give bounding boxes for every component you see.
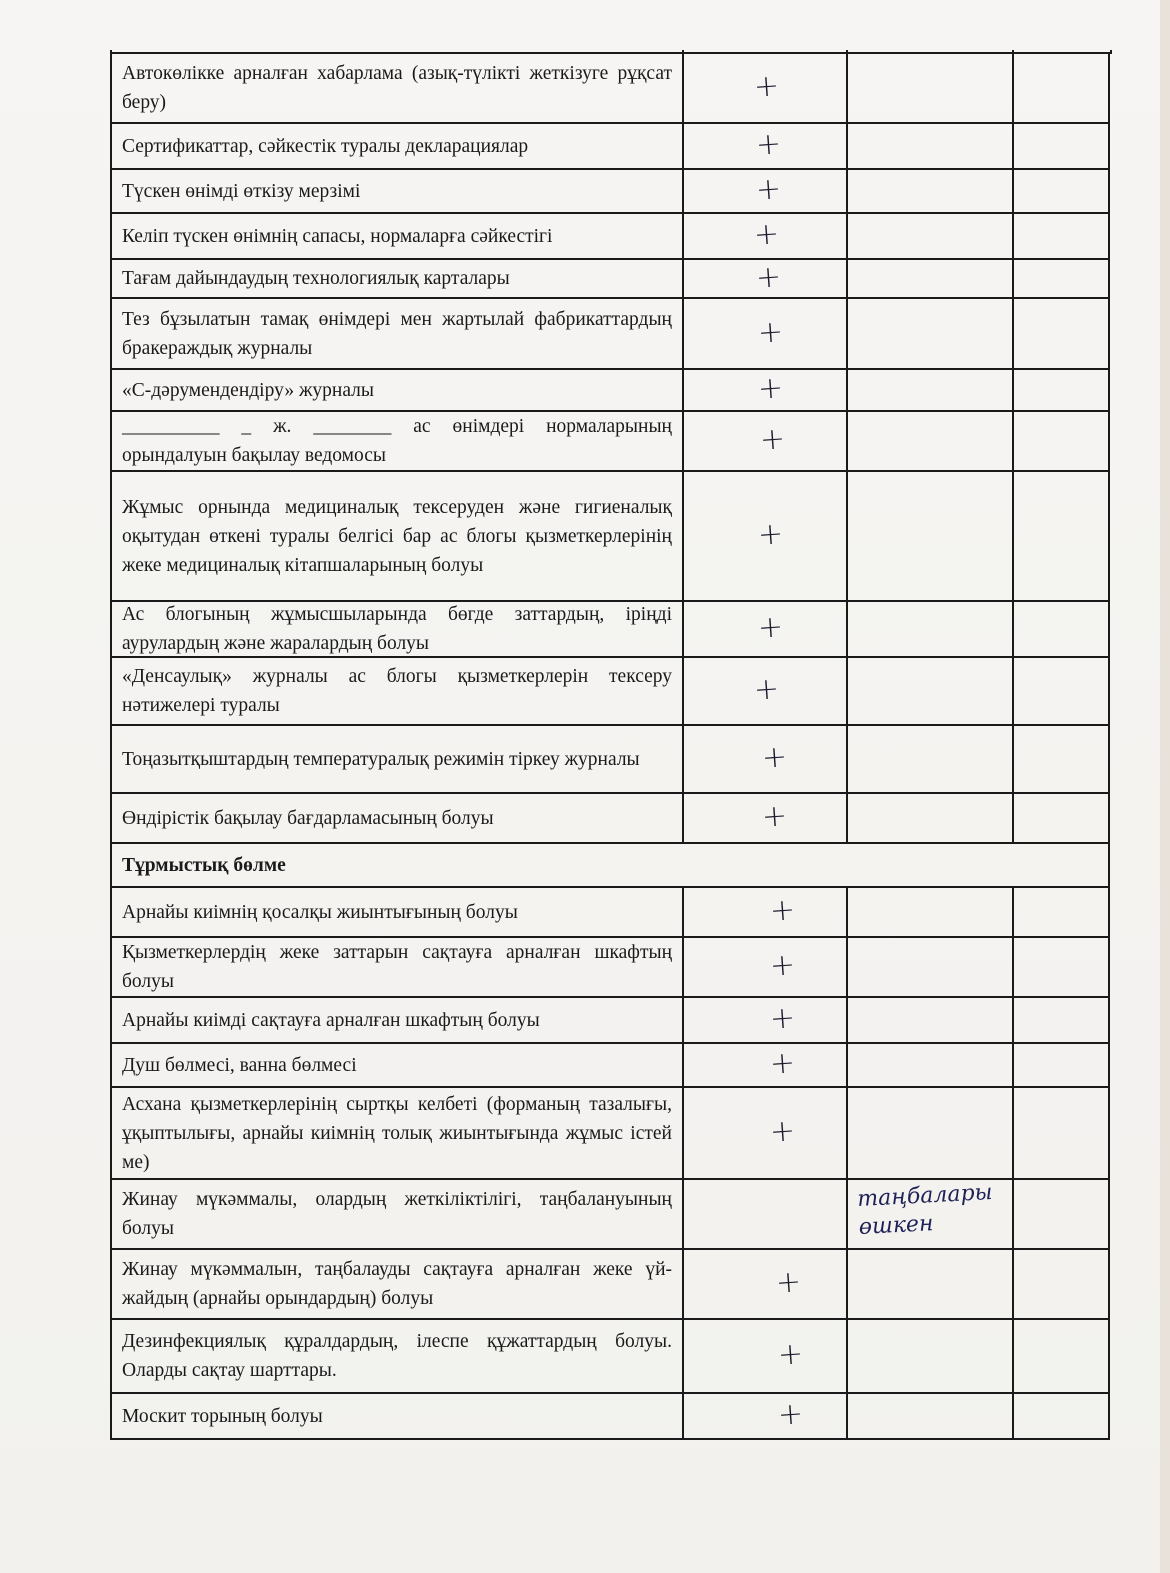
note-cell <box>1012 299 1110 368</box>
yes-cell: + <box>682 888 846 936</box>
no-cell <box>846 54 1012 122</box>
item-cell: Автокөлікке арналған хабарлама (азық-түл… <box>110 54 682 122</box>
column-line <box>1110 50 1112 54</box>
yes-cell: + <box>682 370 846 410</box>
item-text: Түскен өнімді өткізу мерзімі <box>122 177 672 206</box>
item-text: «Денсаулық» журналы ас блогы қызметкерле… <box>122 662 672 720</box>
no-cell <box>846 260 1012 297</box>
checklist-row: Келіп түскен өнімнің сапасы, нормаларға … <box>110 212 1110 258</box>
note-cell <box>1012 1180 1110 1248</box>
item-text: Жинау мүкәммалын, таңбалауды сақтауға ар… <box>122 1255 672 1313</box>
note-cell <box>1012 214 1110 258</box>
no-cell <box>846 124 1012 168</box>
checklist-row: Ас блогының жұмысшыларында бөгде заттард… <box>110 600 1110 656</box>
handwritten-plus-mark: + <box>755 129 782 161</box>
item-cell: Қызметкерлердің жеке заттарын сақтауға а… <box>110 938 682 996</box>
yes-cell: + <box>682 1320 846 1392</box>
column-line <box>846 50 848 54</box>
note-cell <box>1012 938 1110 996</box>
checklist-row: Душ бөлмесі, ванна бөлмесі+ <box>110 1042 1110 1086</box>
item-cell: Москит торының болуы <box>110 1394 682 1438</box>
no-cell <box>846 794 1012 842</box>
checklist-row: Тағам дайындаудың технологиялық карталар… <box>110 258 1110 297</box>
no-cell <box>846 412 1012 470</box>
column-line <box>110 50 112 54</box>
item-cell: «Денсаулық» журналы ас блогы қызметкерле… <box>110 658 682 724</box>
note-cell <box>1012 602 1110 656</box>
handwritten-plus-mark: + <box>769 1003 796 1035</box>
column-line <box>682 50 684 54</box>
checklist-row: Москит торының болуы+ <box>110 1392 1110 1440</box>
item-text: Жұмыс орнында медициналық тексеруден жән… <box>122 493 672 580</box>
note-cell <box>1012 794 1110 842</box>
checklist-row: Өндірістік бақылау бағдарламасының болуы… <box>110 792 1110 842</box>
no-cell <box>846 938 1012 996</box>
handwritten-plus-mark: + <box>757 519 784 551</box>
no-cell <box>846 1320 1012 1392</box>
no-cell <box>846 658 1012 724</box>
handwritten-plus-mark: + <box>757 373 784 405</box>
item-cell: Арнайы киімнің қосалқы жиынтығының болуы <box>110 888 682 936</box>
item-cell: Жинау мүкәммалы, олардың жеткіліктілігі,… <box>110 1180 682 1248</box>
note-cell <box>1012 1250 1110 1318</box>
handwritten-plus-mark: + <box>769 1048 796 1080</box>
handwritten-plus-mark: + <box>761 742 788 774</box>
item-cell: Тұрмыстық бөлме <box>110 844 1110 886</box>
yes-cell: + <box>682 938 846 996</box>
no-cell <box>846 888 1012 936</box>
item-cell: Тоңазытқыштардың температуралық режимін … <box>110 726 682 792</box>
note-cell <box>1012 412 1110 470</box>
yes-cell <box>682 1180 846 1248</box>
handwritten-plus-mark: + <box>753 219 780 251</box>
checklist-row: __________ _ ж. ________ ас өнімдері нор… <box>110 410 1110 470</box>
handwritten-plus-mark: + <box>777 1339 804 1371</box>
checklist-row: «С-дәрумендендіру» журналы+ <box>110 368 1110 410</box>
handwritten-plus-mark: + <box>777 1399 804 1431</box>
checklist-row: Жинау мүкәммалын, таңбалауды сақтауға ар… <box>110 1248 1110 1318</box>
item-text: Тағам дайындаудың технологиялық карталар… <box>122 264 672 293</box>
item-cell: Тағам дайындаудың технологиялық карталар… <box>110 260 682 297</box>
no-cell <box>846 726 1012 792</box>
checklist-row: «Денсаулық» журналы ас блогы қызметкерле… <box>110 656 1110 724</box>
item-text: «С-дәрумендендіру» журналы <box>122 376 672 405</box>
item-cell: Келіп түскен өнімнің сапасы, нормаларға … <box>110 214 682 258</box>
item-cell: Тез бұзылатын тамақ өнімдері мен жартыла… <box>110 299 682 368</box>
checklist-row: Тоңазытқыштардың температуралық режимін … <box>110 724 1110 792</box>
yes-cell: + <box>682 794 846 842</box>
item-text: Дезинфекциялық құралдардың, ілеспе құжат… <box>122 1327 672 1385</box>
handwritten-plus-mark: + <box>757 317 784 349</box>
checklist-row: Арнайы киімнің қосалқы жиынтығының болуы… <box>110 886 1110 936</box>
item-text: Қызметкерлердің жеке заттарын сақтауға а… <box>122 938 672 996</box>
item-text: __________ _ ж. ________ ас өнімдері нор… <box>122 412 672 470</box>
item-cell: Сертификаттар, сәйкестік туралы декларац… <box>110 124 682 168</box>
item-text: Москит торының болуы <box>122 1402 672 1431</box>
item-text: Жинау мүкәммалы, олардың жеткіліктілігі,… <box>122 1185 672 1243</box>
no-cell: таңбалары өшкен <box>846 1180 1012 1248</box>
item-cell: Жұмыс орнында медициналық тексеруден жән… <box>110 472 682 600</box>
checklist-row: Арнайы киімді сақтауға арналған шкафтың … <box>110 996 1110 1042</box>
note-cell <box>1012 1320 1110 1392</box>
item-cell: Жинау мүкәммалын, таңбалауды сақтауға ар… <box>110 1250 682 1318</box>
handwritten-plus-mark: + <box>757 612 784 644</box>
no-cell <box>846 1088 1012 1178</box>
note-cell <box>1012 260 1110 297</box>
note-cell <box>1012 54 1110 122</box>
handwritten-plus-mark: + <box>755 262 782 294</box>
yes-cell: + <box>682 214 846 258</box>
yes-cell: + <box>682 299 846 368</box>
item-cell: Ас блогының жұмысшыларында бөгде заттард… <box>110 602 682 656</box>
handwritten-plus-mark: + <box>753 71 780 103</box>
section-title: Тұрмыстық бөлме <box>122 851 1098 880</box>
note-cell <box>1012 370 1110 410</box>
item-cell: Түскен өнімді өткізу мерзімі <box>110 170 682 212</box>
yes-cell: + <box>682 658 846 724</box>
yes-cell: + <box>682 170 846 212</box>
checklist-row: Жұмыс орнында медициналық тексеруден жән… <box>110 470 1110 600</box>
item-text: Ас блогының жұмысшыларында бөгде заттард… <box>122 600 672 658</box>
no-cell <box>846 1394 1012 1438</box>
checklist-row: Түскен өнімді өткізу мерзімі+ <box>110 168 1110 212</box>
yes-cell: + <box>682 412 846 470</box>
no-cell <box>846 472 1012 600</box>
item-text: Өндірістік бақылау бағдарламасының болуы <box>122 804 672 833</box>
yes-cell: + <box>682 472 846 600</box>
item-text: Келіп түскен өнімнің сапасы, нормаларға … <box>122 222 672 251</box>
yes-cell: + <box>682 602 846 656</box>
no-cell <box>846 299 1012 368</box>
yes-cell: + <box>682 1088 846 1178</box>
column-line <box>1012 50 1014 54</box>
handwritten-note: таңбалары өшкен <box>857 1178 1014 1242</box>
yes-cell: + <box>682 54 846 122</box>
note-cell <box>1012 124 1110 168</box>
note-cell <box>1012 1088 1110 1178</box>
checklist-row: Асхана қызметкерлерінің сыртқы келбеті (… <box>110 1086 1110 1178</box>
handwritten-plus-mark: + <box>769 895 796 927</box>
note-cell <box>1012 726 1110 792</box>
yes-cell: + <box>682 998 846 1042</box>
handwritten-plus-mark: + <box>775 1267 802 1299</box>
yes-cell: + <box>682 124 846 168</box>
no-cell <box>846 1044 1012 1086</box>
handwritten-plus-mark: + <box>761 801 788 833</box>
handwritten-plus-mark: + <box>753 674 780 706</box>
handwritten-plus-mark: + <box>759 424 786 456</box>
item-cell: Душ бөлмесі, ванна бөлмесі <box>110 1044 682 1086</box>
page-edge <box>1160 0 1170 1573</box>
item-text: Тоңазытқыштардың температуралық режимін … <box>122 745 672 774</box>
note-cell <box>1012 472 1110 600</box>
handwritten-plus-mark: + <box>769 950 796 982</box>
handwritten-plus-mark: + <box>769 1116 796 1148</box>
no-cell <box>846 170 1012 212</box>
no-cell <box>846 998 1012 1042</box>
yes-cell: + <box>682 260 846 297</box>
item-text: Арнайы киімді сақтауға арналған шкафтың … <box>122 1006 672 1035</box>
item-cell: «С-дәрумендендіру» журналы <box>110 370 682 410</box>
yes-cell: + <box>682 726 846 792</box>
yes-cell: + <box>682 1044 846 1086</box>
item-text: Автокөлікке арналған хабарлама (азық-түл… <box>122 59 672 117</box>
note-cell <box>1012 888 1110 936</box>
item-text: Арнайы киімнің қосалқы жиынтығының болуы <box>122 898 672 927</box>
note-cell <box>1012 170 1110 212</box>
note-cell <box>1012 658 1110 724</box>
item-text: Душ бөлмесі, ванна бөлмесі <box>122 1051 672 1080</box>
yes-cell: + <box>682 1250 846 1318</box>
no-cell <box>846 214 1012 258</box>
checklist-row: Тез бұзылатын тамақ өнімдері мен жартыла… <box>110 297 1110 368</box>
handwritten-plus-mark: + <box>755 174 782 206</box>
checklist-row: Дезинфекциялық құралдардың, ілеспе құжат… <box>110 1318 1110 1392</box>
item-text: Тез бұзылатын тамақ өнімдері мен жартыла… <box>122 305 672 363</box>
item-cell: Дезинфекциялық құралдардың, ілеспе құжат… <box>110 1320 682 1392</box>
no-cell <box>846 602 1012 656</box>
checklist-row: Автокөлікке арналған хабарлама (азық-түл… <box>110 52 1110 122</box>
note-cell <box>1012 998 1110 1042</box>
item-cell: Өндірістік бақылау бағдарламасының болуы <box>110 794 682 842</box>
note-cell <box>1012 1394 1110 1438</box>
yes-cell: + <box>682 1394 846 1438</box>
item-text: Асхана қызметкерлерінің сыртқы келбеті (… <box>122 1090 672 1177</box>
item-cell: __________ _ ж. ________ ас өнімдері нор… <box>110 412 682 470</box>
checklist-row: Қызметкерлердің жеке заттарын сақтауға а… <box>110 936 1110 996</box>
no-cell <box>846 370 1012 410</box>
checklist-row: Жинау мүкәммалы, олардың жеткіліктілігі,… <box>110 1178 1110 1248</box>
item-text: Сертификаттар, сәйкестік туралы декларац… <box>122 132 672 161</box>
item-cell: Арнайы киімді сақтауға арналған шкафтың … <box>110 998 682 1042</box>
item-cell: Асхана қызметкерлерінің сыртқы келбеті (… <box>110 1088 682 1178</box>
no-cell <box>846 1250 1012 1318</box>
section-header-row: Тұрмыстық бөлме <box>110 842 1110 886</box>
checklist-row: Сертификаттар, сәйкестік туралы декларац… <box>110 122 1110 168</box>
note-cell <box>1012 1044 1110 1086</box>
